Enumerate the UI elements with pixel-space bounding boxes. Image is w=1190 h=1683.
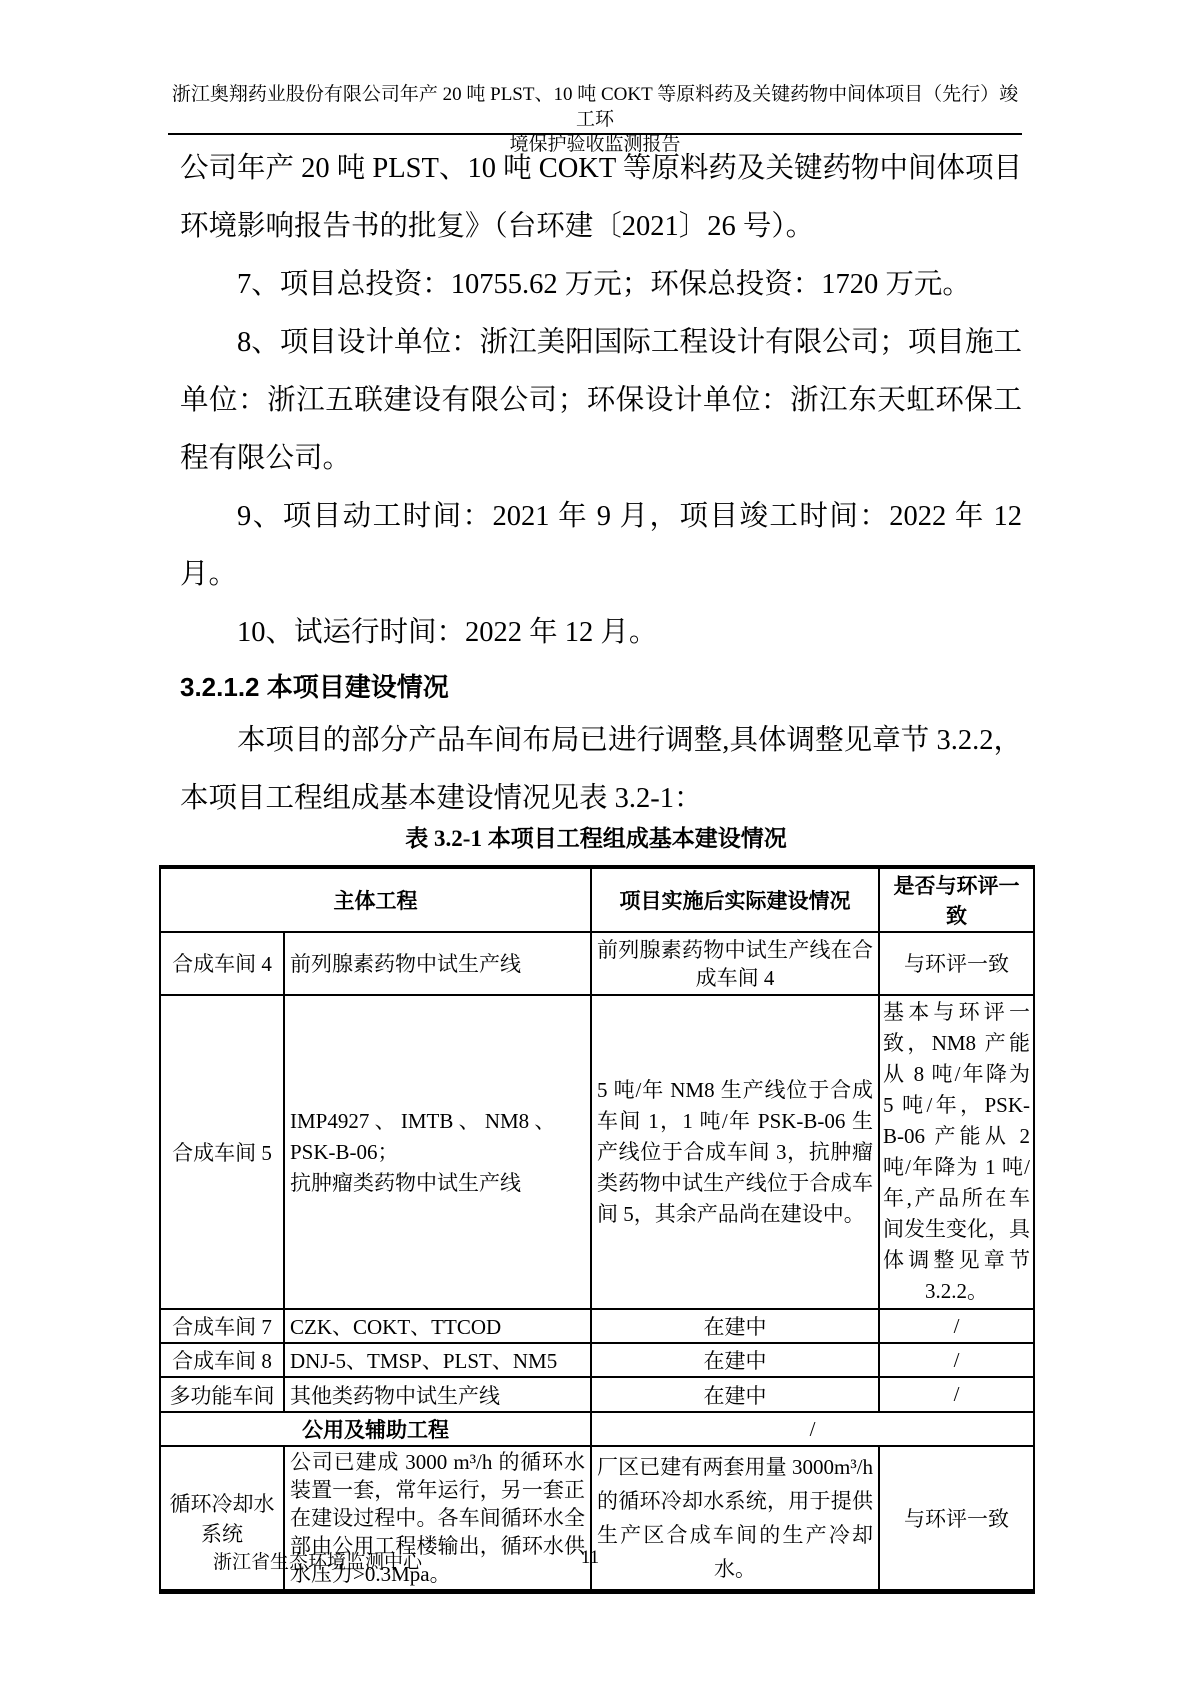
cell-consistency: 与环评一致 xyxy=(879,1446,1034,1592)
cell-actual: 厂区已建有两套用量 3000m³/h 的循环冷却水系统，用于提供生产区合成车间的… xyxy=(591,1446,879,1592)
cell-consistency: 与环评一致 xyxy=(879,932,1034,995)
table-row-workshop5: 合成车间 5 IMP4927 、 IMTB 、 NM8 、 PSK-B-06； … xyxy=(160,995,1034,1309)
header-cell-actual-construction: 项目实施后实际建设情况 xyxy=(591,867,879,932)
cell-consistency: / xyxy=(879,1309,1034,1343)
header-divider xyxy=(168,133,1022,135)
table-header-row: 主体工程 项目实施后实际建设情况 是否与环评一致 xyxy=(160,867,1034,932)
cell-utility-value: / xyxy=(591,1412,1034,1446)
paragraph-approval: 公司年产 20 吨 PLST、10 吨 COKT 等原料药及关键药物中间体项目环… xyxy=(180,140,1022,256)
cell-consistency: 基本与环评一致，NM8 产能从 8 吨/年降为 5 吨/年，PSK-B-06 产… xyxy=(879,995,1034,1309)
section-heading: 3.2.1.2 本项目建设情况 xyxy=(180,662,1022,712)
cell-workshop: 合成车间 8 xyxy=(160,1343,284,1377)
paragraph-section-intro: 本项目的部分产品车间布局已进行调整,具体调整见章节 3.2.2，本项目工程组成基… xyxy=(180,712,1022,828)
table-row-utility-section: 公用及辅助工程 / xyxy=(160,1412,1034,1446)
header-cell-eia-consistency: 是否与环评一致 xyxy=(879,867,1034,932)
cell-consistency: / xyxy=(879,1343,1034,1377)
paragraph-design-units: 8、项目设计单位：浙江美阳国际工程设计有限公司；项目施工单位：浙江五联建设有限公… xyxy=(180,314,1022,488)
cell-actual: 前列腺素药物中试生产线在合成车间 4 xyxy=(591,932,879,995)
paragraph-schedule: 9、项目动工时间：2021 年 9 月，项目竣工时间：2022 年 12 月。 xyxy=(180,488,1022,604)
cell-products: CZK、COKT、TTCOD xyxy=(284,1309,591,1343)
cell-actual: 5 吨/年 NM8 生产线位于合成车间 1，1 吨/年 PSK-B-06 生产线… xyxy=(591,995,879,1309)
document-page: 浙江奥翔药业股份有限公司年产 20 吨 PLST、10 吨 COKT 等原料药及… xyxy=(0,0,1190,1683)
document-body: 公司年产 20 吨 PLST、10 吨 COKT 等原料药及关键药物中间体项目环… xyxy=(180,140,1022,828)
table-title: 表 3.2-1 本项目工程组成基本建设情况 xyxy=(159,820,1033,853)
cell-actual: 在建中 xyxy=(591,1377,879,1412)
footer-organization: 浙江省生态环境监测中心 xyxy=(213,1547,422,1574)
table-row-multifunction: 多功能车间 其他类药物中试生产线 在建中 / xyxy=(160,1377,1034,1412)
page-header-line1: 浙江奥翔药业股份有限公司年产 20 吨 PLST、10 吨 COKT 等原料药及… xyxy=(168,82,1022,132)
cell-workshop: 合成车间 7 xyxy=(160,1309,284,1343)
table-row-workshop4: 合成车间 4 前列腺素药物中试生产线 前列腺素药物中试生产线在合成车间 4 与环… xyxy=(160,932,1034,995)
cell-workshop: 多功能车间 xyxy=(160,1377,284,1412)
header-cell-main-project: 主体工程 xyxy=(160,867,591,932)
footer-page-number: 11 xyxy=(530,1547,650,1569)
cell-products: IMP4927 、 IMTB 、 NM8 、 PSK-B-06； 抗肿瘤类药物中… xyxy=(284,995,591,1309)
cell-actual: 在建中 xyxy=(591,1309,879,1343)
cell-utility-label: 公用及辅助工程 xyxy=(160,1412,591,1446)
cell-products: 前列腺素药物中试生产线 xyxy=(284,932,591,995)
table-row-workshop7: 合成车间 7 CZK、COKT、TTCOD 在建中 / xyxy=(160,1309,1034,1343)
cell-products: DNJ-5、TMSP、PLST、NM5 xyxy=(284,1343,591,1377)
cell-consistency: / xyxy=(879,1377,1034,1412)
paragraph-investment: 7、项目总投资：10755.62 万元；环保总投资：1720 万元。 xyxy=(180,256,1022,314)
cell-actual: 在建中 xyxy=(591,1343,879,1377)
project-construction-table: 主体工程 项目实施后实际建设情况 是否与环评一致 合成车间 4 前列腺素药物中试… xyxy=(159,865,1035,1594)
cell-workshop: 合成车间 4 xyxy=(160,932,284,995)
table-row-workshop8: 合成车间 8 DNJ-5、TMSP、PLST、NM5 在建中 / xyxy=(160,1343,1034,1377)
cell-products: 其他类药物中试生产线 xyxy=(284,1377,591,1412)
paragraph-trial-run: 10、试运行时间：2022 年 12 月。 xyxy=(180,604,1022,662)
cell-workshop: 合成车间 5 xyxy=(160,995,284,1309)
